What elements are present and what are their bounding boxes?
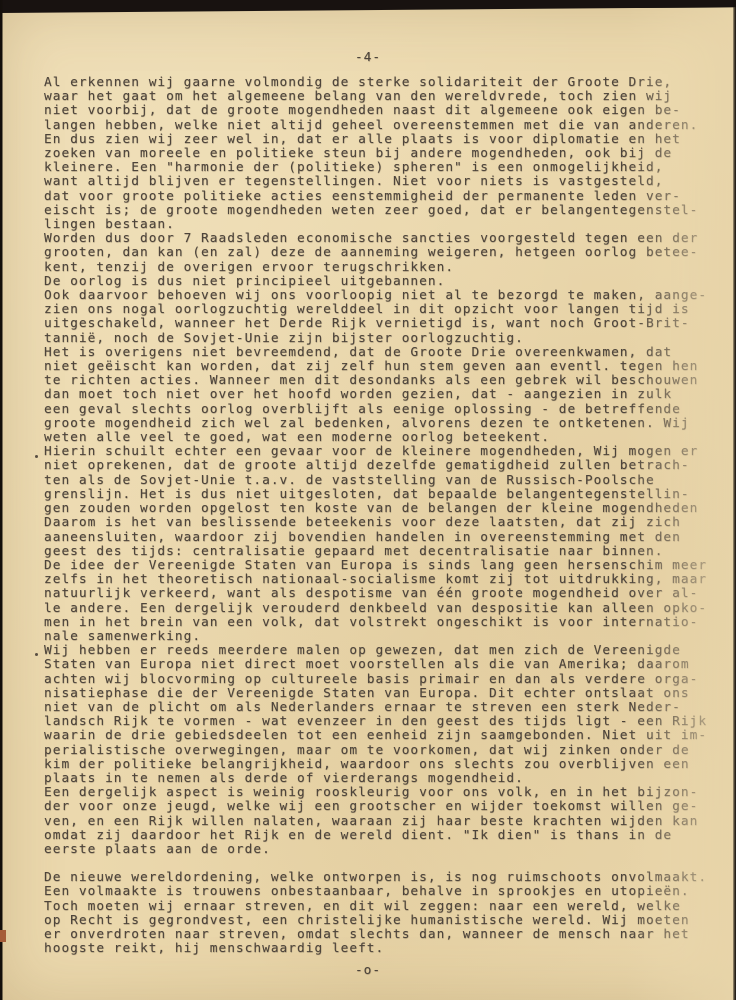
end-of-text-mark: -o-: [0, 963, 736, 978]
typewritten-paragraph-1: Al erkennen wij gaarne volmondig de ster…: [44, 76, 734, 857]
page-number: -4-: [0, 50, 736, 65]
ink-speck: [35, 653, 38, 656]
document-body: Al erkennen wij gaarne volmondig de ster…: [44, 76, 734, 956]
margin-mark: [0, 930, 6, 942]
scan-left-edge: [0, 0, 3, 1000]
ink-speck: [35, 455, 38, 458]
typewritten-paragraph-2: De nieuwe wereldordening, welke ontworpe…: [44, 871, 734, 956]
paragraph-gap: [44, 857, 734, 871]
scanned-document-page: -4- Al erkennen wij gaarne volmondig de …: [0, 0, 736, 1000]
